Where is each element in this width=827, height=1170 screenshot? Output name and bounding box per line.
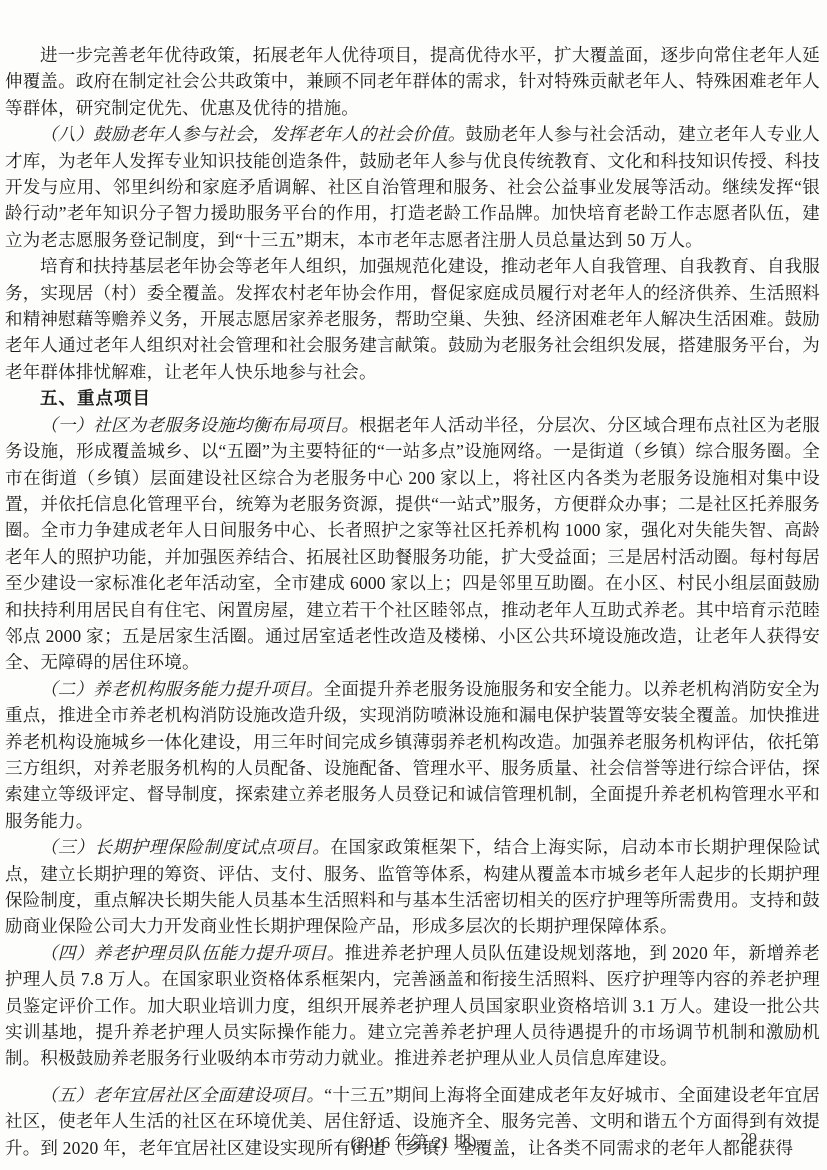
paragraph-section-2: （二）养老机构服务能力提升项目。全面提升养老服务设施服务和安全能力。以养老机构消… [5,676,820,834]
section-label: （四）养老护理员队伍能力提升项目。 [40,943,345,963]
document-page: 进一步完善老年优待政策，拓展老年人优待项目，提高优待水平，扩大覆盖面，逐步向常住… [0,0,827,1170]
paragraph-text: 根据老年人活动半径，分层次、分区域合理布点社区为老服务设施，形成覆盖城乡、以“五… [5,415,820,673]
issue-label: (2016 年第 21 期) [350,1133,476,1152]
section-label: （三）长期护理保险制度试点项目。 [40,837,330,857]
paragraph: 培育和扶持基层老年协会等老年人组织，加强规范化建设，推动老年人自我管理、自我教育… [5,253,820,385]
paragraph-section-8: （八）鼓励老年人参与社会，发挥老年人的社会价值。鼓励老年人参与社会活动，建立老年… [5,121,820,253]
paragraph-section-4: （四）养老护理员队伍能力提升项目。推进养老护理人员队伍建设规划落地，到 2020… [5,940,820,1072]
section-label: （一）社区为老服务设施均衡布局项目。 [40,415,359,435]
section-label: （五）老年宜居社区全面建设项目。 [40,1085,324,1105]
paragraph-section-3: （三）长期护理保险制度试点项目。在国家政策框架下，结合上海实际，启动本市长期护理… [5,834,820,940]
section-label: （二）养老机构服务能力提升项目。 [40,679,324,699]
paragraph-section-1: （一）社区为老服务设施均衡布局项目。根据老年人活动半径，分层次、分区域合理布点社… [5,412,820,676]
paragraph-text: 全面提升养老服务设施服务和安全能力。以养老机构消防安全为重点，推进全市养老机构消… [5,679,820,831]
paragraph-text: 进一步完善老年优待政策，拓展老年人优待项目，提高优待水平，扩大覆盖面，逐步向常住… [5,45,820,118]
paragraph-text: 培育和扶持基层老年协会等老年人组织，加强规范化建设，推动老年人自我管理、自我教育… [5,256,820,382]
page-number: 29 [741,1126,758,1152]
chapter-heading: 五、重点项目 [5,385,820,411]
section-label: （八）鼓励老年人参与社会，发挥老年人的社会价值。 [40,124,465,144]
page-footer: (2016 年第 21 期) 29 [0,1130,827,1156]
paragraph: 进一步完善老年优待政策，拓展老年人优待项目，提高优待水平，扩大覆盖面，逐步向常住… [5,42,820,121]
